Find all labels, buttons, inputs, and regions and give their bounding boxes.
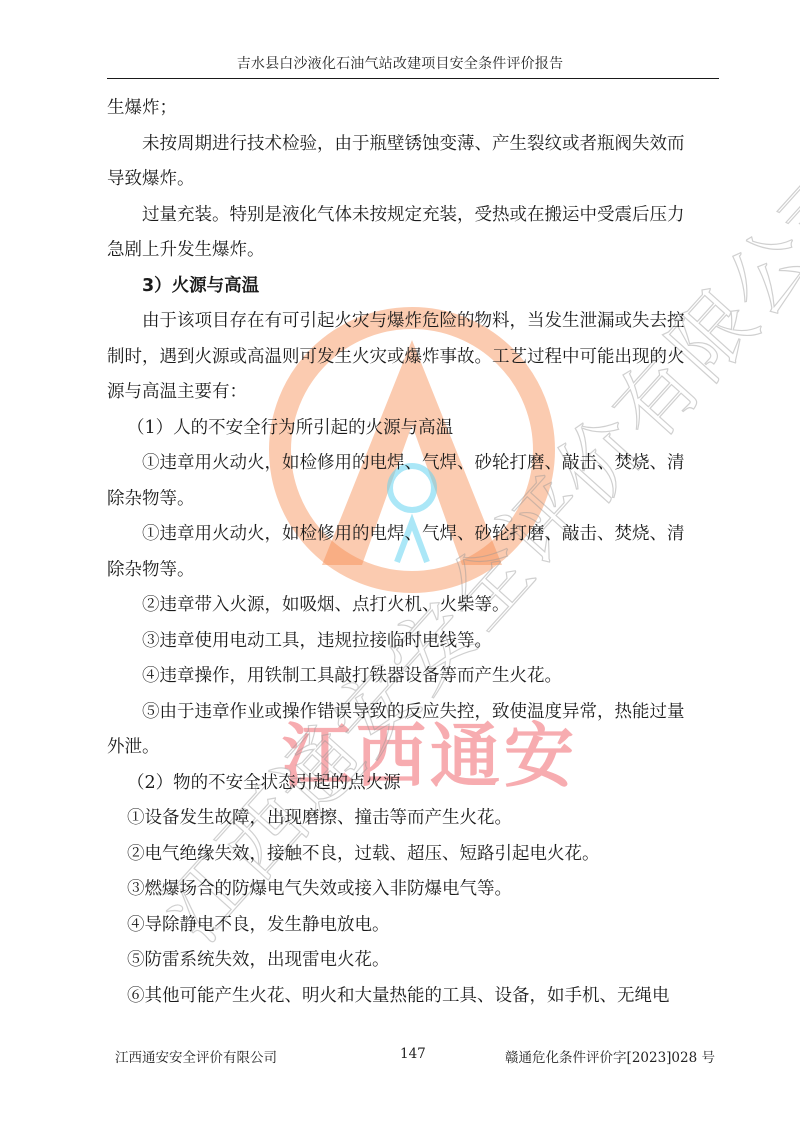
paragraph-line: 导致爆炸。 bbox=[107, 162, 719, 198]
subsection-heading: （2）物的不安全状态引起的点火源 bbox=[107, 766, 719, 802]
list-item: ④违章操作，用铁制工具敲打铁器设备等而产生火花。 bbox=[107, 659, 719, 695]
section-heading: 3）火源与高温 bbox=[107, 269, 719, 305]
footer-page-number: 147 bbox=[400, 1046, 426, 1062]
list-item: ②电气绝缘失效，接触不良，过载、超压、短路引起电火花。 bbox=[107, 837, 719, 873]
list-item: ⑤由于违章作业或操作错误导致的反应失控，致使温度异常，热能过量 bbox=[107, 695, 719, 731]
list-item: ①违章用火动火，如检修用的电焊、气焊、砂轮打磨、敲击、焚烧、清 bbox=[107, 517, 719, 553]
list-item-continuation: 外泄。 bbox=[107, 730, 719, 766]
paragraph-line: 生爆炸； bbox=[107, 91, 719, 127]
paragraph-line: 急剧上升发生爆炸。 bbox=[107, 233, 719, 269]
list-item: ③违章使用电动工具，违规拉接临时电线等。 bbox=[107, 624, 719, 660]
list-item-continuation: 除杂物等。 bbox=[107, 482, 719, 518]
list-item: ④导除静电不良，发生静电放电。 bbox=[107, 908, 719, 944]
list-item-continuation: 除杂物等。 bbox=[107, 553, 719, 589]
paragraph-line: 由于该项目存在有可引起火灾与爆炸危险的物料，当发生泄漏或失去控 bbox=[107, 304, 719, 340]
paragraph-line: 制时，遇到火源或高温则可发生火灾或爆炸事故。工艺过程中可能出现的火 bbox=[107, 340, 719, 376]
list-item: ②违章带入火源，如吸烟、点打火机、火柴等。 bbox=[107, 588, 719, 624]
subsection-heading: （1）人的不安全行为所引起的火源与高温 bbox=[107, 411, 719, 447]
list-item: ⑥其他可能产生火花、明火和大量热能的工具、设备，如手机、无绳电 bbox=[107, 979, 719, 1015]
header-divider bbox=[107, 78, 719, 79]
paragraph-line: 未按周期进行技术检验，由于瓶壁锈蚀变薄、产生裂纹或者瓶阀失效而 bbox=[107, 127, 719, 163]
page-header-title: 吉水县白沙液化石油气站改建项目安全条件评价报告 bbox=[0, 53, 800, 73]
list-item: ①设备发生故障，出现磨擦、撞击等而产生火花。 bbox=[107, 801, 719, 837]
list-item: ③燃爆场合的防爆电气失效或接入非防爆电气等。 bbox=[107, 872, 719, 908]
list-item: ①违章用火动火，如检修用的电焊、气焊、砂轮打磨、敲击、焚烧、清 bbox=[107, 446, 719, 482]
footer-document-code: 赣通危化条件评价字[2023]028 号 bbox=[505, 1046, 715, 1066]
document-page: 吉水县白沙液化石油气站改建项目安全条件评价报告 江西通安 江西通安安全评价有限公… bbox=[0, 0, 800, 1131]
paragraph-line: 源与高温主要有： bbox=[107, 375, 719, 411]
list-item: ⑤防雷系统失效，出现雷电火花。 bbox=[107, 943, 719, 979]
paragraph-line: 过量充装。特别是液化气体未按规定充装，受热或在搬运中受震后压力 bbox=[107, 198, 719, 234]
footer-company: 江西通安安全评价有限公司 bbox=[115, 1046, 277, 1066]
document-body: 生爆炸； 未按周期进行技术检验，由于瓶壁锈蚀变薄、产生裂纹或者瓶阀失效而 导致爆… bbox=[107, 91, 719, 1014]
